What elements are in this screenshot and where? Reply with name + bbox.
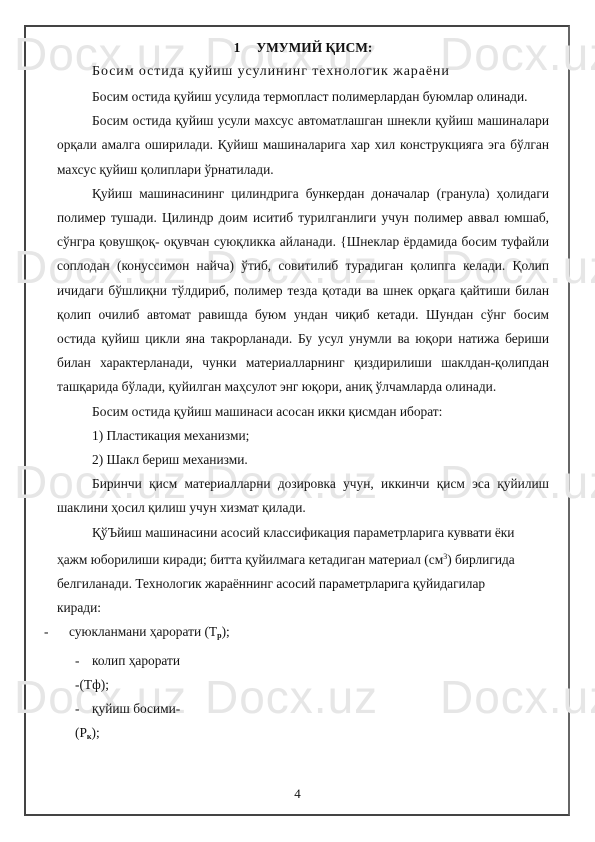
parameter-item: -қуйиш босими-	[57, 697, 549, 721]
paragraph: Қуйиш машинасининг цилиндрига бункердан …	[57, 182, 549, 400]
parameter-item: -колип ҳарорати	[57, 649, 549, 673]
section-number: 1	[234, 40, 241, 55]
parameter-continuation: -(Тф);	[57, 673, 549, 697]
numbered-list-item: 1) Пластикация механизми;	[57, 424, 549, 448]
section-heading: 1УМУМИЙ ҚИСМ:	[57, 37, 549, 59]
page-number: 4	[0, 786, 595, 802]
classification-line: ҳажм юборилиши киради; битта қуйилмага к…	[57, 545, 549, 572]
paragraph: Босим остида қуйиш усулида термопласт по…	[57, 85, 549, 109]
section-title: УМУМИЙ ҚИСМ:	[256, 40, 372, 55]
numbered-list-item: 2) Шакл бериш механизми.	[57, 448, 549, 472]
subsection-heading: Босим остида қуйиш усулининг технологик …	[57, 59, 549, 85]
parameter-item: -суюкланмани ҳарорати (Тр);	[44, 620, 549, 648]
classification-line: белгиланади. Технологик жараённинг асоси…	[57, 572, 549, 596]
classification-line: киради:	[57, 596, 549, 620]
paragraph: Биринчи қисм материалларни дозировка учу…	[57, 472, 549, 520]
parameter-continuation: (Рк);	[57, 721, 549, 749]
paragraph: Босим остида қуйиш машинаси асосан икки …	[57, 400, 549, 424]
document-body: 1УМУМИЙ ҚИСМ: Босим остида қуйиш усулини…	[57, 37, 549, 749]
paragraph: Босим остида қуйиш усули махсус автоматл…	[57, 109, 549, 182]
classification-line: ҚўЪйиш машинасини асосий классификация п…	[57, 521, 549, 545]
